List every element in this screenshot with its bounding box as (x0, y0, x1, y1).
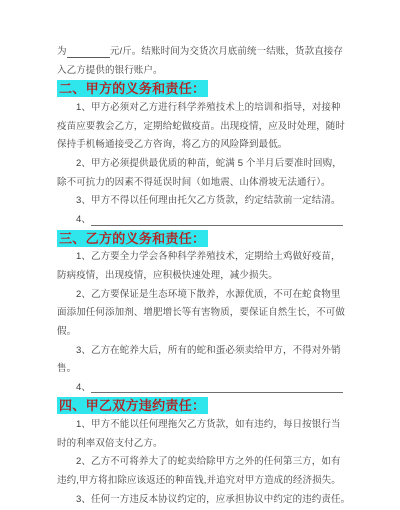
blank-underline (91, 225, 343, 226)
heading-line: 三、乙方的义务和责任： (57, 230, 343, 249)
text-line: 2、乙方要保证是生态环境下散养，水源优质，不可在蛇食物里 (76, 286, 343, 305)
text-line: 2、乙方不可将养大了的蛇卖给除甲方之外的任何第三方，如有 (76, 453, 343, 472)
text-line: 3、任何一方违反本协议约定的，应承担协议中约定的违约责任。 (76, 491, 343, 510)
heading-line: 四、甲乙双方违约责任： (57, 397, 343, 416)
text-line: 除不可抗力的因素不得延误时间（如地震、山体滑坡无法通行）。 (57, 174, 343, 193)
text-line: 防病疫情，出现疫情，应积极快速处理，减少损失。 (57, 267, 343, 286)
section-heading: 二、甲方的义务和责任： (57, 80, 208, 97)
text-line: 1、甲方不能以任何理拖欠乙方货款，如有违约，每日按银行当 (76, 416, 343, 435)
blank-underline (91, 392, 343, 393)
document-page: 为元/斤。结账时间为交货次月底前统一结账，货款直接存入乙方提供的银行账户。二、甲… (0, 0, 400, 510)
text-line: 1、甲方必须对乙方进行科学养殖技术上的培训和指导，对接种 (76, 99, 343, 118)
text-line: 违约,甲方将扣除应该返还的种苗钱,并追究对甲方造成的经济损失。 (57, 472, 343, 491)
document-content: 为元/斤。结账时间为交货次月底前统一结账，货款直接存入乙方提供的银行账户。二、甲… (57, 43, 343, 509)
section-heading: 三、乙方的义务和责任： (57, 230, 208, 247)
text-line: 时的利率双倍支付乙方。 (57, 435, 343, 454)
blank-underline (67, 57, 110, 58)
text-line: 售。 (57, 360, 343, 379)
blank-item-label: 4、 (76, 379, 91, 398)
text-segment: 元/斤。结账时间为交货次月底前统一结账，货款直接存 (110, 43, 343, 62)
text-line: 3、甲方不得以任何理由托欠乙方货款，约定结款前一定结清。 (76, 192, 343, 211)
text-line: 2、甲方必须提供最优质的种苗，蛇满 5 个半月后要准时回购， (76, 155, 343, 174)
fill-in-blank-line: 4、 (76, 379, 343, 398)
text-line: 疫苗应要教会乙方，定期给蛇做疫苗。出现疫情，应及时处理，随时 (57, 118, 343, 137)
heading-line: 二、甲方的义务和责任： (57, 80, 343, 99)
text-line: 假。 (57, 323, 343, 342)
fill-in-blank-line: 4、 (76, 211, 343, 230)
section-heading: 四、甲乙双方违约责任： (57, 397, 208, 414)
text-line: 入乙方提供的银行账户。 (57, 62, 343, 81)
text-line: 保持手机畅通接受乙方咨询，将乙方的风险降到最低。 (57, 136, 343, 155)
text-line: 为元/斤。结账时间为交货次月底前统一结账，货款直接存 (57, 43, 343, 62)
text-segment: 为 (57, 43, 67, 62)
blank-item-label: 4、 (76, 211, 91, 230)
text-line: 1、乙方要全力学会各种科学养殖技术，定期给土鸡做好疫苗， (76, 248, 343, 267)
text-line: 3、乙方在蛇养大后，所有的蛇和蛋必须卖给甲方，不得对外销 (76, 342, 343, 361)
text-line: 面添加任何添加剂、增肥增长等有害物质，要保证自然生长，不可做 (57, 304, 343, 323)
